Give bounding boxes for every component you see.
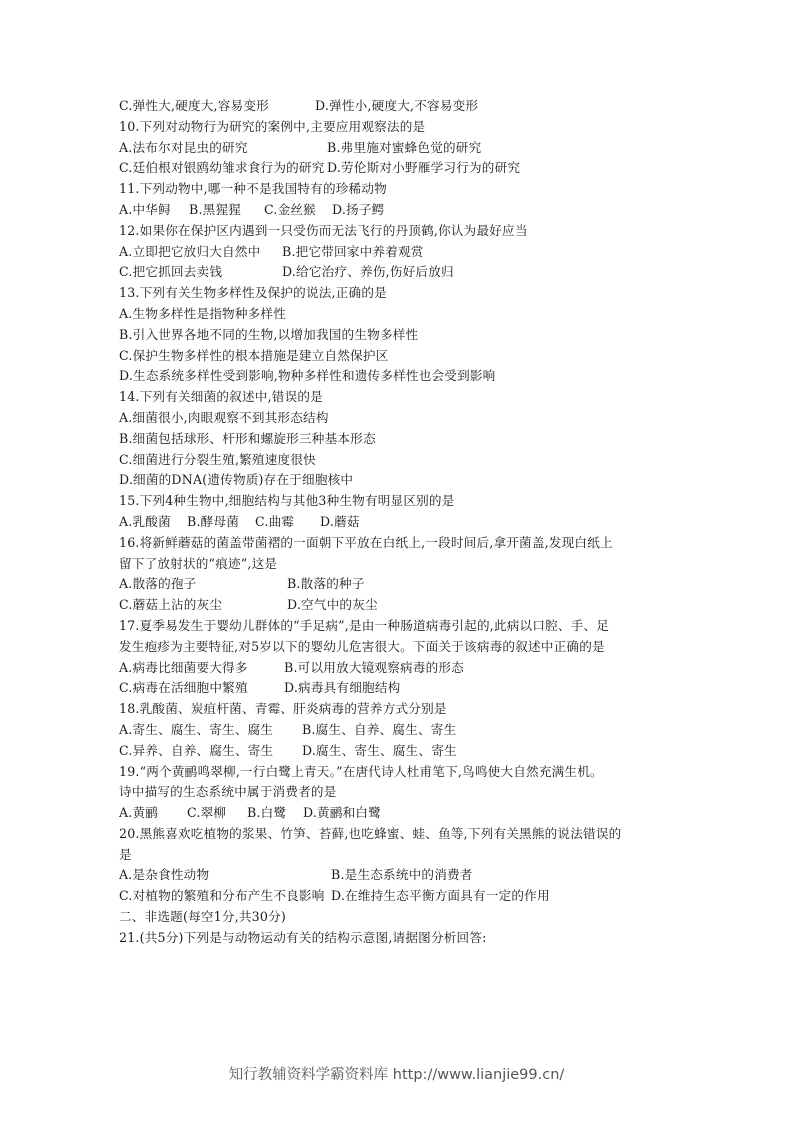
answer-options-row: C.病毒在活细胞中繁殖D.病毒具有细胞结构: [119, 678, 679, 699]
question-text: 10.下列对动物行为研究的案例中,主要应用观察法的是: [119, 117, 679, 138]
answer-option: A.细菌很小,肉眼观察不到其形态结构: [119, 408, 679, 429]
question-text: 16.将新鲜蘑菇的菌盖带菌褶的一面朝下平放在白纸上,一段时间后,拿开菌盖,发现白…: [119, 533, 679, 554]
watermark-footer: 知行教辅资料学霸资料库 http://www.lianjie99.cn/: [0, 1063, 793, 1084]
answer-options-row: A.法布尔对昆虫的研究B.弗里施对蜜蜂色觉的研究: [119, 138, 679, 159]
question-text: 14.下列有关细菌的叙述中,错误的是: [119, 387, 679, 408]
answer-option: D.蘑菇: [320, 512, 360, 533]
answer-option: C.弹性大,硬度大,容易变形: [119, 96, 315, 117]
answer-options-row: A.病毒比细菌要大得多B.可以用放大镜观察病毒的形态: [119, 658, 679, 679]
question-text: 诗中描写的生态系统中属于消费者的是: [119, 782, 679, 803]
answer-option: D.黄鹂和白鹭: [303, 803, 381, 824]
answer-options-row: A.是杂食性动物B.是生态系统中的消费者: [119, 865, 679, 886]
answer-option: B.弗里施对蜜蜂色觉的研究: [327, 138, 481, 159]
question-text: 20.黑熊喜欢吃植物的浆果、竹笋、苔藓,也吃蜂蜜、蛙、鱼等,下列有关黑熊的说法错…: [119, 824, 679, 845]
answer-option: C.金丝猴: [264, 200, 332, 221]
question-text: 15.下列4种生物中,细胞结构与其他3种生物有明显区别的是: [119, 491, 679, 512]
answer-options-row: A.中华鲟B.黑猩猩C.金丝猴D.扬子鳄: [119, 200, 679, 221]
answer-option: B.可以用放大镜观察病毒的形态: [284, 658, 464, 679]
question-text: 11.下列动物中,哪一种不是我国特有的珍稀动物: [119, 179, 679, 200]
answer-option: B.黑猩猩: [189, 200, 264, 221]
answer-options-row: A.立即把它放归大自然中B.把它带回家中养着观赏: [119, 242, 679, 263]
answer-option: C.翠柳: [187, 803, 247, 824]
answer-option: C.细菌进行分裂生殖,繁殖速度很快: [119, 450, 679, 471]
answer-options-row: C.把它抓回去卖钱D.给它治疗、养伤,伤好后放归: [119, 262, 679, 283]
answer-option: A.病毒比细菌要大得多: [119, 658, 284, 679]
answer-options-row: A.散落的孢子B.散落的种子: [119, 574, 679, 595]
answer-option: B.细菌包括球形、杆形和螺旋形三种基本形态: [119, 429, 679, 450]
answer-option: C.异养、自养、腐生、寄生: [119, 741, 302, 762]
question-text: 18.乳酸菌、炭疽杆菌、青霉、肝炎病毒的营养方式分别是: [119, 699, 679, 720]
answer-options-row: C.异养、自养、腐生、寄生D.腐生、寄生、腐生、寄生: [119, 741, 679, 762]
answer-option: D.空气中的灰尘: [287, 595, 378, 616]
answer-option: C.把它抓回去卖钱: [119, 262, 282, 283]
question-text: 留下了放射状的“痕迹”,这是: [119, 554, 679, 575]
answer-option: C.病毒在活细胞中繁殖: [119, 678, 284, 699]
section-heading: 二、非选题(每空1分,共30分): [119, 907, 679, 928]
answer-option: A.散落的孢子: [119, 574, 287, 595]
question-text: 13.下列有关生物多样性及保护的说法,正确的是: [119, 283, 679, 304]
answer-option: B.散落的种子: [287, 574, 365, 595]
answer-options-row: A.乳酸菌B.酵母菌C.曲霉D.蘑菇: [119, 512, 679, 533]
answer-option: D.细菌的DNA(遗传物质)存在于细胞核中: [119, 470, 679, 491]
answer-option: A.立即把它放归大自然中: [119, 242, 282, 263]
answer-option: B.白鹭: [247, 803, 303, 824]
answer-option: D.生态系统多样性受到影响,物种多样性和遗传多样性也会受到影响: [119, 366, 679, 387]
answer-option: A.中华鲟: [119, 200, 189, 221]
answer-options-row: A.寄生、腐生、寄生、腐生B.腐生、自养、腐生、寄生: [119, 720, 679, 741]
question-text: 21.(共5分)下列是与动物运动有关的结构示意图,请据图分析回答:: [119, 928, 679, 949]
answer-option: D.在维持生态平衡方面具有一定的作用: [331, 886, 550, 907]
answer-option: B.引入世界各地不同的生物,以增加我国的生物多样性: [119, 325, 679, 346]
answer-option: D.腐生、寄生、腐生、寄生: [302, 741, 457, 762]
question-text: 19.“两个黄鹂鸣翠柳,一行白鹭上青天。”在唐代诗人杜甫笔下,鸟鸣使大自然充满生…: [119, 762, 679, 783]
answer-option: C.对植物的繁殖和分布产生不良影响: [119, 886, 331, 907]
answer-option: A.生物多样性是指物种多样性: [119, 304, 679, 325]
answer-option: D.扬子鳄: [332, 200, 384, 221]
answer-option: A.是杂食性动物: [119, 865, 331, 886]
answer-options-row: C.廷伯根对银鸥幼雏求食行为的研究D.劳伦斯对小野雁学习行为的研究: [119, 158, 679, 179]
answer-option: D.弹性小,硬度大,不容易变形: [315, 96, 478, 117]
answer-options-row: A.黄鹂C.翠柳B.白鹭D.黄鹂和白鹭: [119, 803, 679, 824]
answer-options-row: C.对植物的繁殖和分布产生不良影响D.在维持生态平衡方面具有一定的作用: [119, 886, 679, 907]
answer-option: A.乳酸菌: [119, 512, 187, 533]
answer-option: B.把它带回家中养着观赏: [282, 242, 424, 263]
answer-option: D.病毒具有细胞结构: [284, 678, 400, 699]
answer-option: C.廷伯根对银鸥幼雏求食行为的研究: [119, 158, 327, 179]
exam-page-body: C.弹性大,硬度大,容易变形D.弹性小,硬度大,不容易变形10.下列对动物行为研…: [119, 96, 679, 949]
answer-options-row: C.弹性大,硬度大,容易变形D.弹性小,硬度大,不容易变形: [119, 96, 679, 117]
answer-option: A.黄鹂: [119, 803, 187, 824]
answer-option: B.是生态系统中的消费者: [331, 865, 473, 886]
answer-option: D.劳伦斯对小野雁学习行为的研究: [327, 158, 520, 179]
answer-option: B.腐生、自养、腐生、寄生: [302, 720, 456, 741]
answer-option: A.法布尔对昆虫的研究: [119, 138, 327, 159]
answer-option: C.保护生物多样性的根本措施是建立自然保护区: [119, 346, 679, 367]
question-text: 12.如果你在保护区内遇到一只受伤而无法飞行的丹顶鹤,你认为最好应当: [119, 221, 679, 242]
answer-option: A.寄生、腐生、寄生、腐生: [119, 720, 302, 741]
answer-option: C.蘑菇上沾的灰尘: [119, 595, 287, 616]
question-text: 17.夏季易发生于婴幼儿群体的“手足病”,是由一种肠道病毒引起的,此病以口腔、手…: [119, 616, 679, 637]
answer-option: C.曲霉: [255, 512, 320, 533]
answer-options-row: C.蘑菇上沾的灰尘D.空气中的灰尘: [119, 595, 679, 616]
answer-option: B.酵母菌: [187, 512, 255, 533]
question-text: 是: [119, 845, 679, 866]
question-text: 发生疱疹为主要特征,对5岁以下的婴幼儿危害很大。下面关于该病毒的叙述中正确的是: [119, 637, 679, 658]
answer-option: D.给它治疗、养伤,伤好后放归: [282, 262, 454, 283]
